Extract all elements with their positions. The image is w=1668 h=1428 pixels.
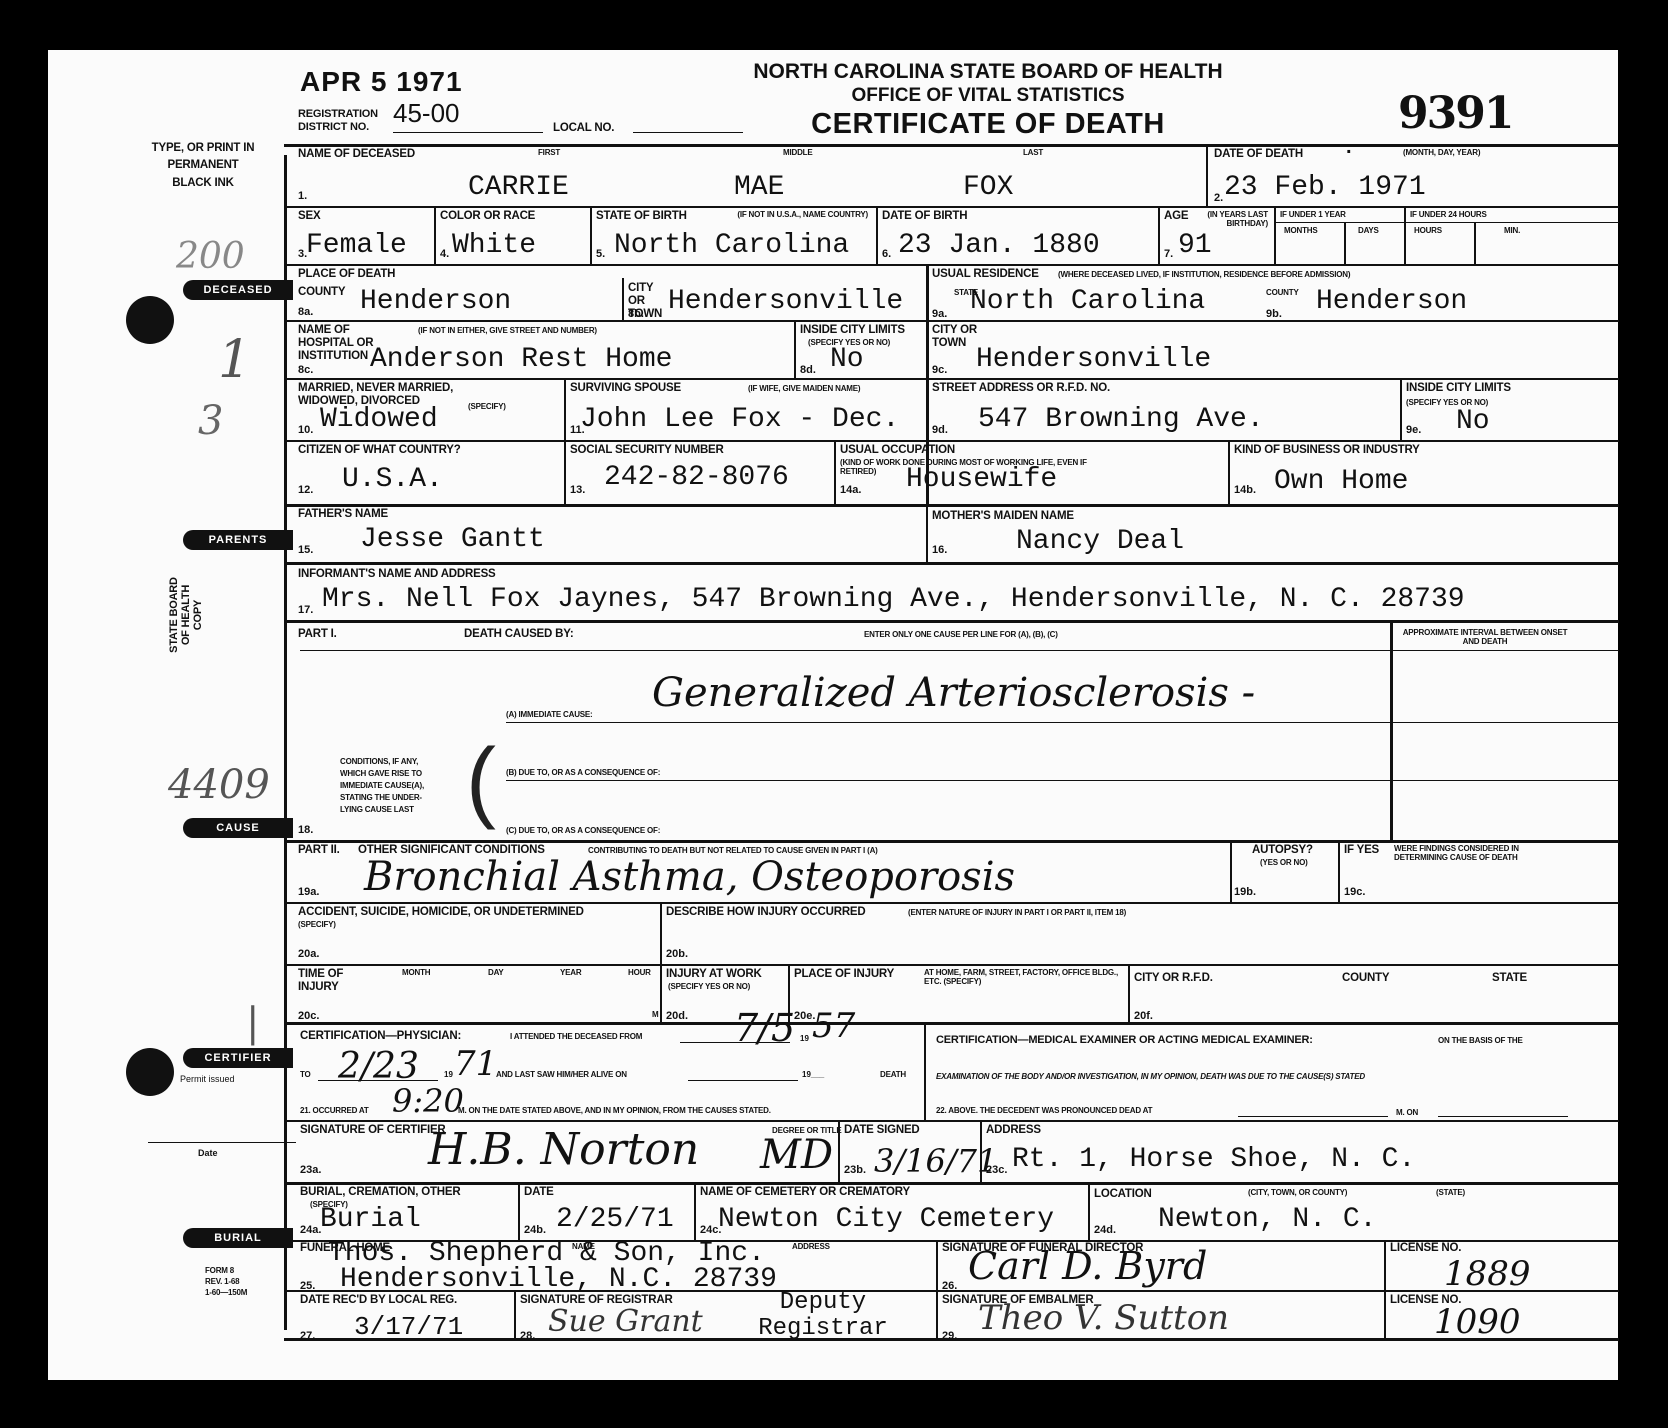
autopsy-label: AUTOPSY? — [1252, 844, 1313, 857]
section-tab-parents: PARENTS — [183, 530, 293, 550]
physician-label: CERTIFICATION—PHYSICIAN: — [300, 1030, 461, 1043]
citizen-label: CITIZEN OF WHAT COUNTRY? — [298, 444, 461, 457]
form-left-border — [284, 155, 287, 1330]
date-line — [148, 1142, 296, 1143]
burial-date-value: 2/25/71 — [556, 1204, 674, 1235]
section-tab-burial: BURIAL — [183, 1228, 293, 1248]
pencil-check: | — [246, 1000, 259, 1046]
hospital-value: Anderson Rest Home — [370, 344, 672, 375]
state-of-birth-label: STATE OF BIRTH — [596, 210, 687, 223]
brace-icon: ( — [466, 730, 496, 833]
first-name-value: CARRIE — [468, 172, 569, 203]
ssn-value: 242-82-8076 — [604, 462, 789, 493]
date-of-death-label: DATE OF DEATH — [1214, 148, 1303, 161]
separator-dot: . — [1346, 136, 1352, 159]
name-label: NAME OF DECEASED — [298, 148, 415, 161]
death-city-value: Hendersonville — [668, 286, 903, 317]
state-of-birth-value: North Carolina — [614, 230, 849, 261]
agency-line2: OFFICE OF VITAL STATISTICS — [708, 85, 1268, 107]
pencil-note-4409: 4409 — [168, 762, 270, 808]
age-value: 91 — [1178, 230, 1212, 261]
marital-value: Widowed — [320, 404, 438, 435]
embalmer-signature: Theo V. Sutton — [978, 1298, 1229, 1338]
pencil-note-1: 1 — [218, 330, 251, 390]
burial-location-value: Newton, N. C. — [1158, 1204, 1376, 1235]
section-tab-deceased: DECEASED — [183, 280, 293, 300]
local-no-label: LOCAL NO. — [553, 122, 614, 135]
permit-issued-label: Permit issued — [180, 1074, 235, 1084]
pencil-note-3: 3 — [198, 398, 223, 444]
director-license-value: 1889 — [1444, 1254, 1531, 1294]
informant-label: INFORMANT'S NAME AND ADDRESS — [298, 568, 496, 581]
certifier-degree: MD — [760, 1132, 833, 1178]
business-label: KIND OF BUSINESS OR INDUSTRY — [1234, 444, 1420, 457]
death-certificate: APR 5 1971 REGISTRATION DISTRICT NO. 45-… — [48, 50, 1618, 1380]
dob-label: DATE OF BIRTH — [882, 210, 967, 223]
middle-name-value: MAE — [734, 172, 784, 203]
citizen-value: U.S.A. — [342, 464, 443, 495]
business-value: Own Home — [1274, 466, 1408, 497]
registration-district-label: REGISTRATION DISTRICT NO. — [298, 108, 398, 133]
district-underline — [393, 132, 543, 133]
form-info: FORM 8 REV. 1-68 1-60—150M — [205, 1266, 247, 1298]
last-label: LAST — [1023, 148, 1043, 157]
certifier-address-value: Rt. 1, Horse Shoe, N. C. — [1012, 1144, 1415, 1175]
date-of-death-value: 23 Feb. 1971 — [1224, 172, 1426, 203]
certificate-number: 9391 — [1398, 88, 1512, 139]
agency-line1: NORTH CAROLINA STATE BOARD OF HEALTH — [708, 60, 1268, 84]
residence-inside-city-value: No — [1456, 406, 1490, 437]
race-value: White — [452, 230, 536, 261]
attended-to-value: 2/23 — [338, 1046, 419, 1087]
mother-label: MOTHER'S MAIDEN NAME — [932, 510, 1074, 523]
other-conditions-value: Bronchial Asthma, Osteoporosis — [364, 854, 1015, 900]
binder-hole-top — [126, 296, 174, 344]
residence-state-value: North Carolina — [970, 286, 1205, 317]
occupation-label: USUAL OCCUPATION — [840, 444, 955, 457]
form-bottom-border — [284, 1338, 1619, 1341]
page-title: CERTIFICATE OF DEATH — [708, 108, 1268, 141]
last-name-value: FOX — [963, 172, 1013, 203]
funeral-director-signature: Carl D. Byrd — [968, 1244, 1207, 1288]
state-board-copy-label: STATE BOARD OF HEALTH COPY — [168, 560, 204, 670]
street-value: 547 Browning Ave. — [978, 404, 1264, 435]
place-of-death-label: PLACE OF DEATH — [298, 268, 395, 281]
received-stamp: APR 5 1971 — [300, 66, 463, 98]
spouse-value: John Lee Fox - Dec. — [580, 404, 899, 435]
mother-value: Nancy Deal — [1016, 526, 1184, 557]
section-tab-certifier: CERTIFIER — [183, 1048, 293, 1068]
residence-county-value: Henderson — [1316, 286, 1467, 317]
death-time-value: 9:20 — [392, 1082, 464, 1120]
race-label: COLOR OR RACE — [440, 210, 535, 223]
death-county-value: Henderson — [360, 286, 511, 317]
spouse-label: SURVIVING SPOUSE — [570, 382, 681, 395]
binder-hole-bottom — [126, 1048, 174, 1096]
conditions-note: CONDITIONS, IF ANY, WHICH GAVE RISE TO I… — [340, 756, 424, 816]
embalmer-license-value: 1090 — [1434, 1302, 1521, 1342]
first-label: FIRST — [538, 148, 560, 157]
attended-from-year: 57 — [812, 1006, 855, 1046]
residence-city-value: Hendersonville — [976, 344, 1211, 375]
pencil-note-200: 200 — [176, 236, 245, 277]
registration-district-value: 45-00 — [393, 98, 460, 129]
street-label: STREET ADDRESS OR R.F.D. No. — [932, 382, 1110, 395]
dob-value: 23 Jan. 1880 — [898, 230, 1100, 261]
immediate-cause-label: (a) IMMEDIATE CAUSE: — [506, 710, 593, 719]
father-value: Jesse Gantt — [360, 524, 545, 555]
medical-examiner-label: CERTIFICATION—MEDICAL EXAMINER OR ACTING… — [936, 1034, 1313, 1047]
disposition-value: Burial — [320, 1204, 421, 1235]
age-label: AGE — [1164, 210, 1188, 223]
certifier-signature: H.B. Norton — [428, 1124, 699, 1175]
occupation-value: Housewife — [906, 464, 1057, 495]
attended-to-year: 71 — [454, 1044, 497, 1084]
sex-label: SEX — [298, 210, 320, 223]
date-signed-value: 3/16/71 — [874, 1142, 997, 1180]
form-top-border — [284, 144, 1619, 147]
cemetery-value: Newton City Cemetery — [718, 1204, 1054, 1235]
middle-label: MIDDLE — [783, 148, 812, 157]
inside-city-value: No — [830, 344, 864, 375]
father-label: FATHER'S NAME — [298, 508, 388, 521]
residence-label: USUAL RESIDENCE — [932, 268, 1039, 281]
informant-value: Mrs. Nell Fox Jaynes, 547 Browning Ave.,… — [322, 584, 1465, 615]
date-label: Date — [198, 1148, 218, 1158]
sex-value: Female — [306, 230, 407, 261]
immediate-cause-value: Generalized Arteriosclerosis - — [652, 670, 1255, 716]
attended-from-value: 7/5 — [734, 1006, 795, 1050]
ssn-label: SOCIAL SECURITY NUMBER — [570, 444, 724, 457]
registrar-title: Deputy Registrar — [758, 1290, 888, 1342]
ink-instruction: TYPE, OR PRINT IN PERMANENT BLACK INK — [138, 140, 268, 192]
registrar-signature: Sue Grant — [548, 1304, 703, 1339]
section-tab-cause: CAUSE — [183, 818, 293, 838]
